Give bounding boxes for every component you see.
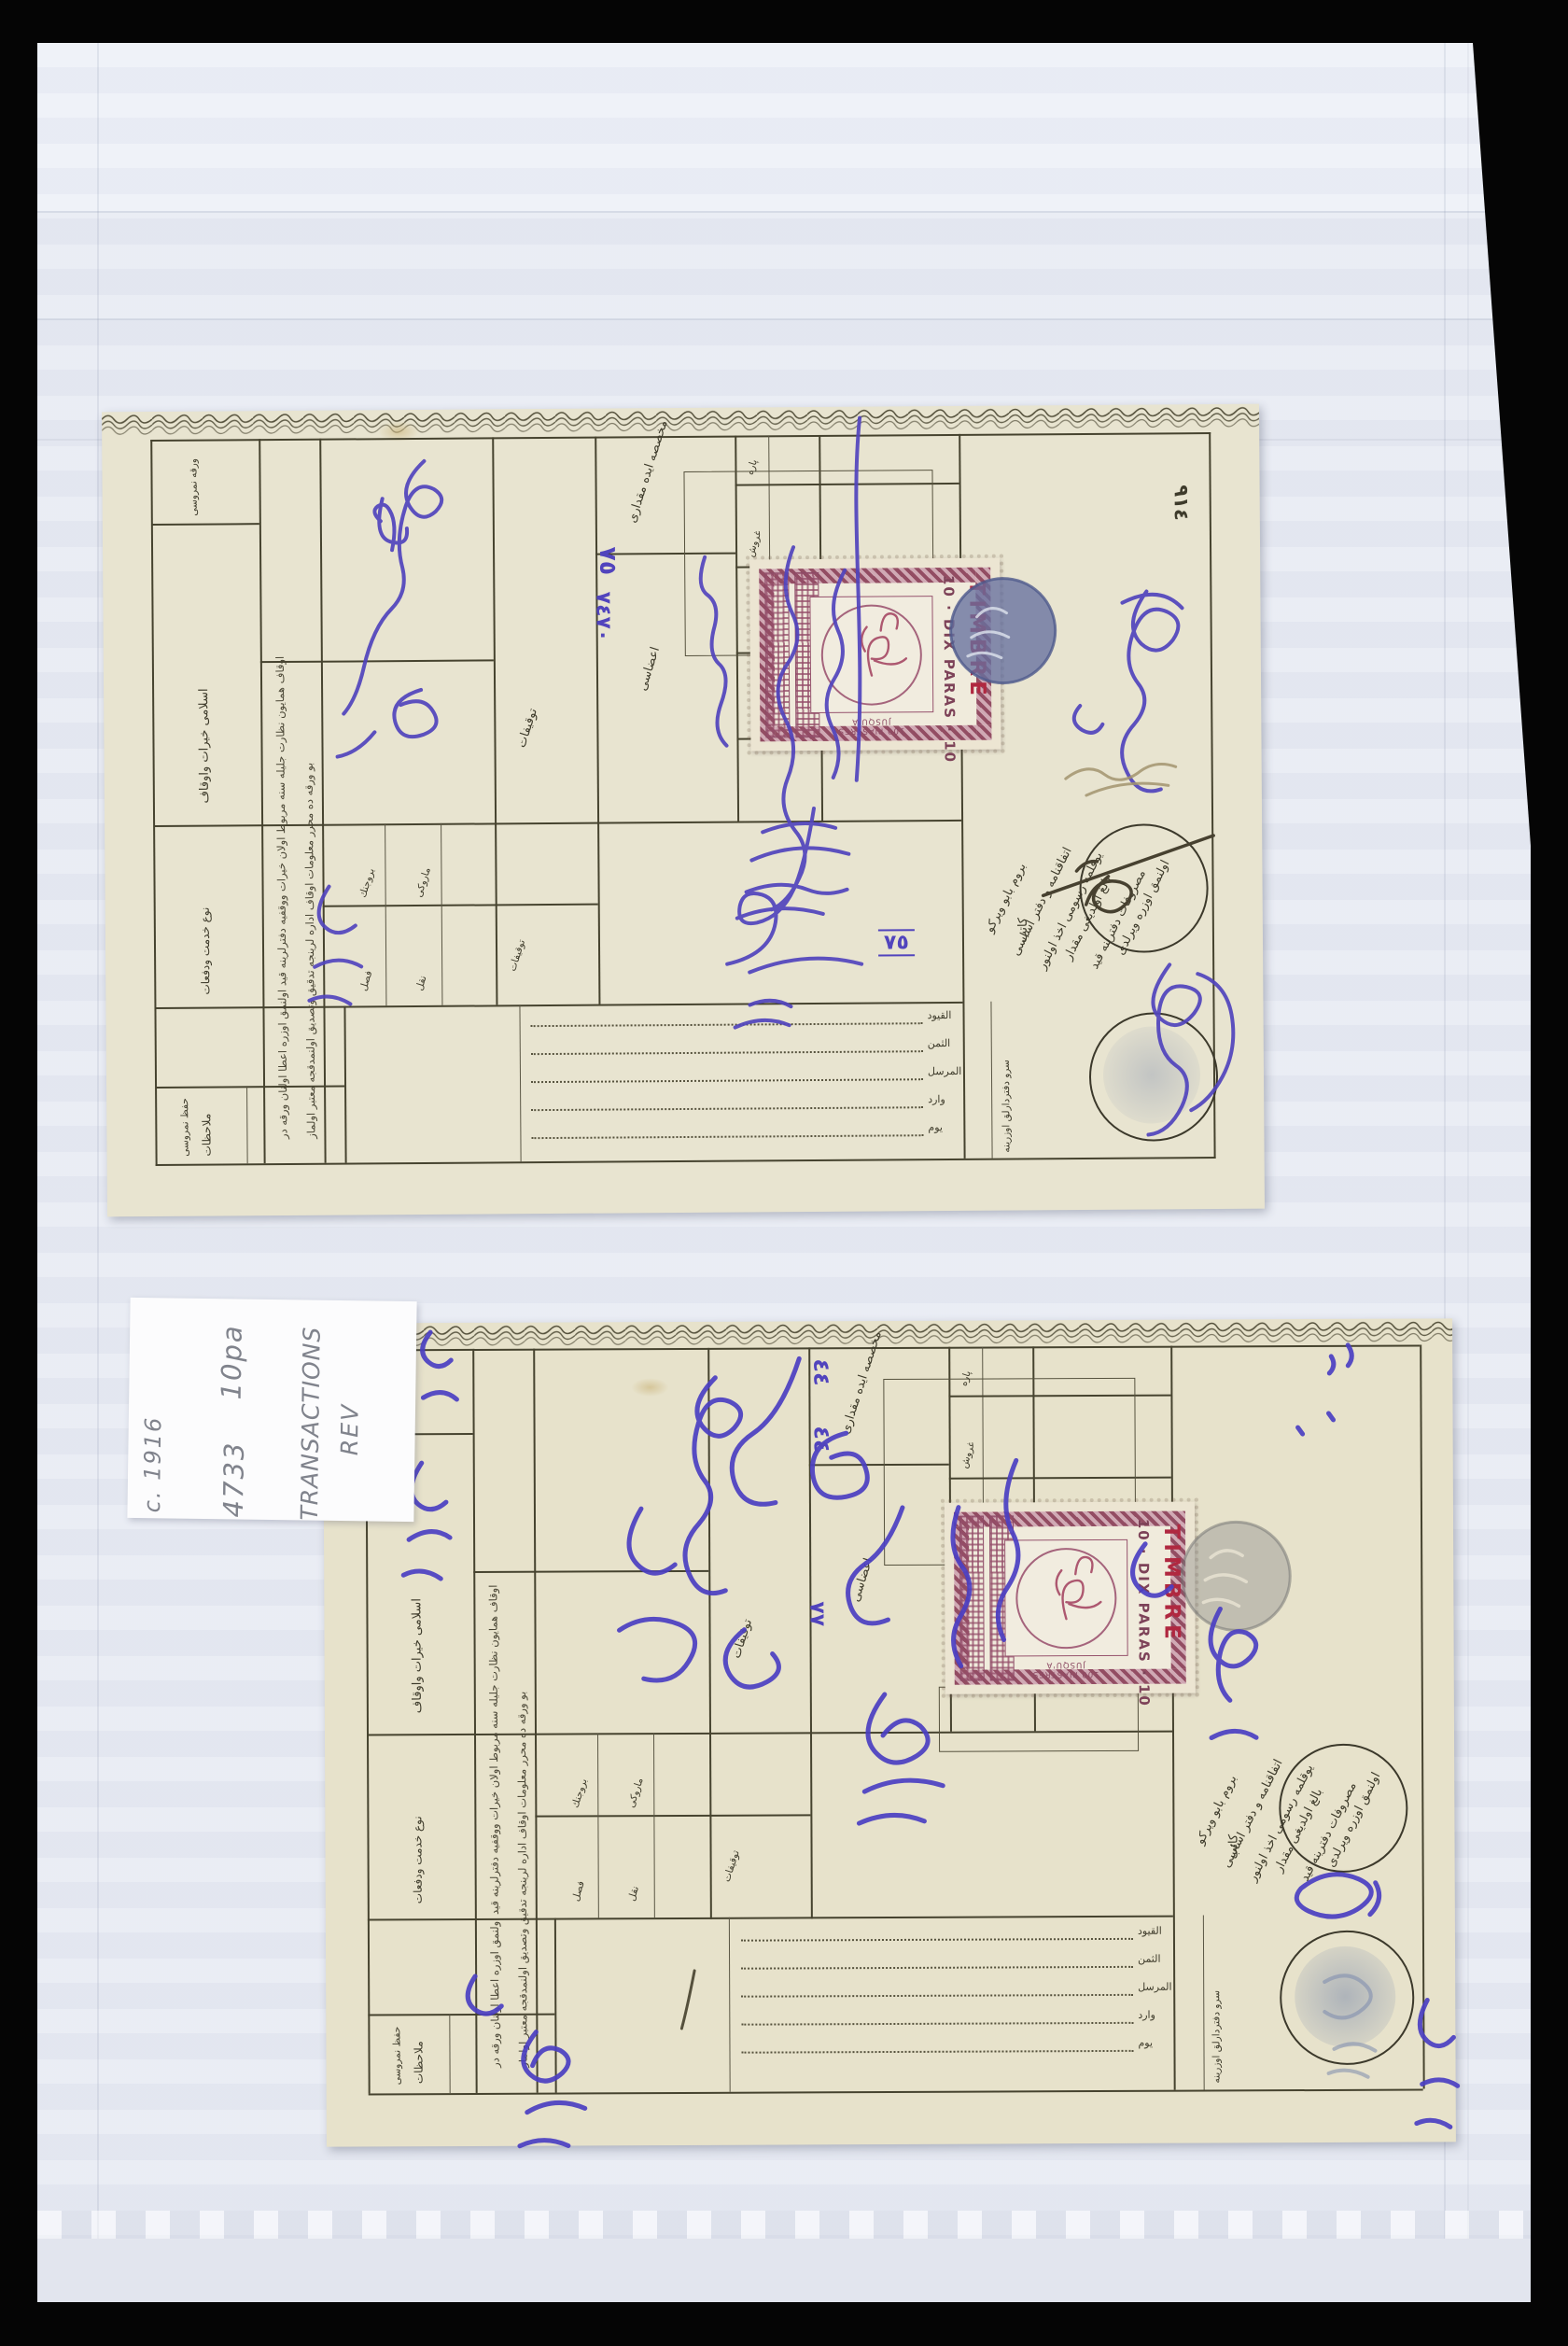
- sleeve-fold-line: [97, 43, 99, 2302]
- handwritten-amount-boxed: ٧٥: [878, 929, 915, 956]
- handwriting-ink-layer: [323, 1318, 1456, 2146]
- label-catalog-number: 4733: [217, 1440, 249, 1517]
- sleeve-bottom-flap: [37, 2239, 1531, 2302]
- document-top: ورقه نمروسى اسلامى خيرات واوقاف نوع خدمت…: [102, 404, 1265, 1217]
- handwritten-amount: ٧٧: [805, 1601, 828, 1626]
- label-category: TRANSACTIONS: [295, 1327, 325, 1521]
- sleeve-weld-seam: [37, 2211, 1531, 2239]
- label-denomination: 10pa: [215, 1324, 247, 1400]
- document-bottom: ورقه نمروسى اسلامى خيرات واوقاف نوع خدمت…: [323, 1318, 1456, 2146]
- handwriting-ink-layer: [102, 404, 1265, 1217]
- handwritten-amount: ٤٤: [809, 1426, 835, 1453]
- handwritten-amount: ٤٤: [808, 1358, 834, 1385]
- sleeve-seam-line: [37, 211, 1531, 213]
- collector-label-text: c. 1916 4733 10pa TRANSACTIONS REV: [127, 1298, 416, 1522]
- sleeve-seam-line: [37, 318, 1531, 320]
- label-era: c. 1916: [138, 1415, 165, 1512]
- handwritten-amount: ٧٤٧٠: [591, 592, 614, 642]
- sleeve-fold-line: [1467, 43, 1469, 2302]
- collector-label: c. 1916 4733 10pa TRANSACTIONS REV: [127, 1298, 416, 1522]
- handwritten-amount: ٧٥: [595, 546, 622, 575]
- label-category2: REV: [335, 1403, 363, 1456]
